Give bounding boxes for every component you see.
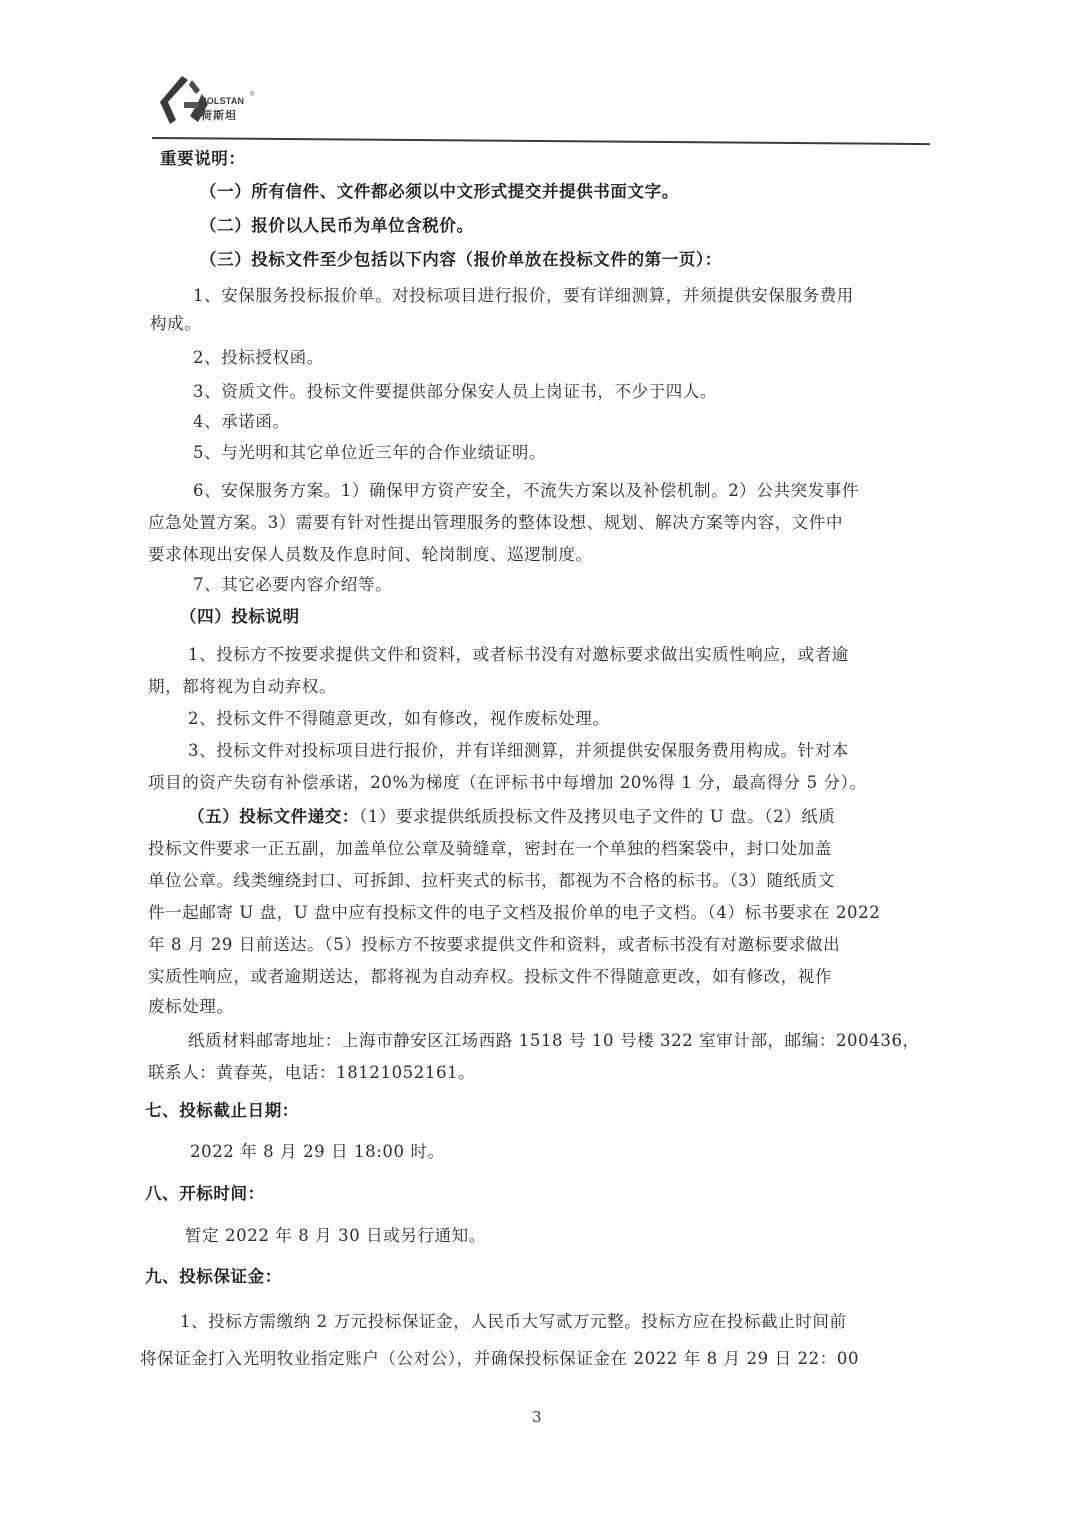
document-page: HOLSTAN ® 荷斯坦 重要说明： （一）所有信件、文件都必须以中文形式提交…: [0, 0, 1080, 1526]
note-3: （三）投标文件至少包括以下内容（报价单放在投标文件的第一页）：: [200, 249, 722, 271]
bid-content-6-cont2: 要求体现出安保人员数及作息时间、轮岗制度、巡逻制度。: [148, 544, 593, 566]
bid-instruction-2: 2、投标文件不得随意更改，如有修改，视作废标处理。: [188, 708, 610, 730]
section-7-title: 七、投标截止日期：: [145, 1100, 299, 1122]
submission-line-7: 废标处理。: [148, 996, 234, 1018]
bid-content-6-cont1: 应急处置方案。3）需要有针对性提出管理服务的整体设想、规划、解决方案等内容，文件…: [148, 512, 843, 534]
bid-content-6: 6、安保服务方案。1）确保甲方资产安全，不流失方案以及补偿机制。2）公共突发事件: [193, 480, 859, 502]
note-1: （一）所有信件、文件都必须以中文形式提交并提供书面文字。: [200, 181, 679, 203]
section-8-content: 暂定 2022 年 8 月 30 日或另行通知。: [185, 1225, 486, 1247]
section-7-content: 2022 年 8 月 29 日 18:00 时。: [190, 1141, 445, 1163]
mailing-address: 纸质材料邮寄地址：上海市静安区江场西路 1518 号 10 号楼 322 室审计…: [188, 1030, 920, 1052]
bid-content-1: 1、安保服务投标报价单。对投标项目进行报价，要有详细测算，并须提供安保服务费用: [193, 285, 854, 307]
page-number: 3: [532, 1408, 542, 1426]
submission-line-4: 件一起邮寄 U 盘，U 盘中应有投标文件的电子文档及报价单的电子文档。（4）标书…: [148, 902, 880, 924]
bid-content-5: 5、与光明和其它单位近三年的合作业绩证明。: [193, 442, 546, 464]
bid-instruction-3: 3、投标文件对投标项目进行报价，并有详细测算，并须提供安保服务费用构成。针对本: [188, 740, 849, 762]
bid-content-1-cont: 构成。: [150, 313, 201, 335]
mailing-contact: 联系人：黄春英，电话：18121052161。: [148, 1062, 475, 1084]
bid-instructions-title: （四）投标说明: [180, 606, 300, 628]
bid-content-2: 2、投标授权函。: [193, 347, 324, 369]
note-2: （二）报价以人民币为单位含税价。: [200, 215, 474, 237]
bid-instruction-3-cont: 项目的资产失窃有补偿承诺，20%为梯度（在评标书中每增加 20%得 1 分，最高…: [148, 772, 867, 794]
submission-line-2: 投标文件要求一正五副，加盖单位公章及骑缝章，密封在一个单独的档案袋中，封口处加盖: [148, 838, 832, 860]
important-notes-title: 重要说明：: [160, 148, 246, 170]
submission-line-1-text: （1）要求提供纸质投标文件及拷贝电子文件的 U 盘。（2）纸质: [359, 807, 836, 826]
bid-content-4: 4、承诺函。: [193, 411, 290, 433]
logo-text-en: HOLSTAN: [200, 96, 244, 106]
bid-instruction-1-cont: 期，都将视为自动弃权。: [148, 676, 336, 698]
submission-title: （五）投标文件递交：: [188, 807, 359, 826]
submission-line-3: 单位公章。线类缠绕封口、可拆卸、拉杆夹式的标书，都视为不合格的标书。（3）随纸质…: [148, 870, 835, 892]
submission-line-1: （五）投标文件递交：（1）要求提供纸质投标文件及拷贝电子文件的 U 盘。（2）纸…: [188, 806, 836, 828]
header-divider: [152, 137, 930, 145]
section-9-line-2: 将保证金打入光明牧业指定账户（公对公），并确保投标保证金在 2022 年 8 月…: [140, 1348, 859, 1370]
section-9-title: 九、投标保证金：: [145, 1266, 282, 1288]
submission-line-6: 实质性响应，或者逾期送达，都将视为自动弃权。投标文件不得随意更改，如有修改，视作: [148, 966, 832, 988]
section-9-line-1: 1、投标方需缴纳 2 万元投标保证金，人民币大写贰万元整。投标方应在投标截止时间…: [180, 1311, 847, 1333]
logo-registered-mark: ®: [250, 92, 254, 98]
bid-content-3: 3、资质文件。投标文件要提供部分保安人员上岗证书，不少于四人。: [193, 381, 717, 403]
bid-content-7: 7、其它必要内容介绍等。: [193, 574, 392, 596]
submission-line-5: 年 8 月 29 日前送达。（5）投标方不按要求提供文件和资料，或者标书没有对邀…: [148, 934, 840, 956]
logo-text-cn: 荷斯坦: [201, 107, 237, 123]
bid-instruction-1: 1、投标方不按要求提供文件和资料，或者标书没有对邀标要求做出实质性响应，或者逾: [188, 644, 849, 666]
section-8-title: 八、开标时间：: [145, 1183, 265, 1205]
